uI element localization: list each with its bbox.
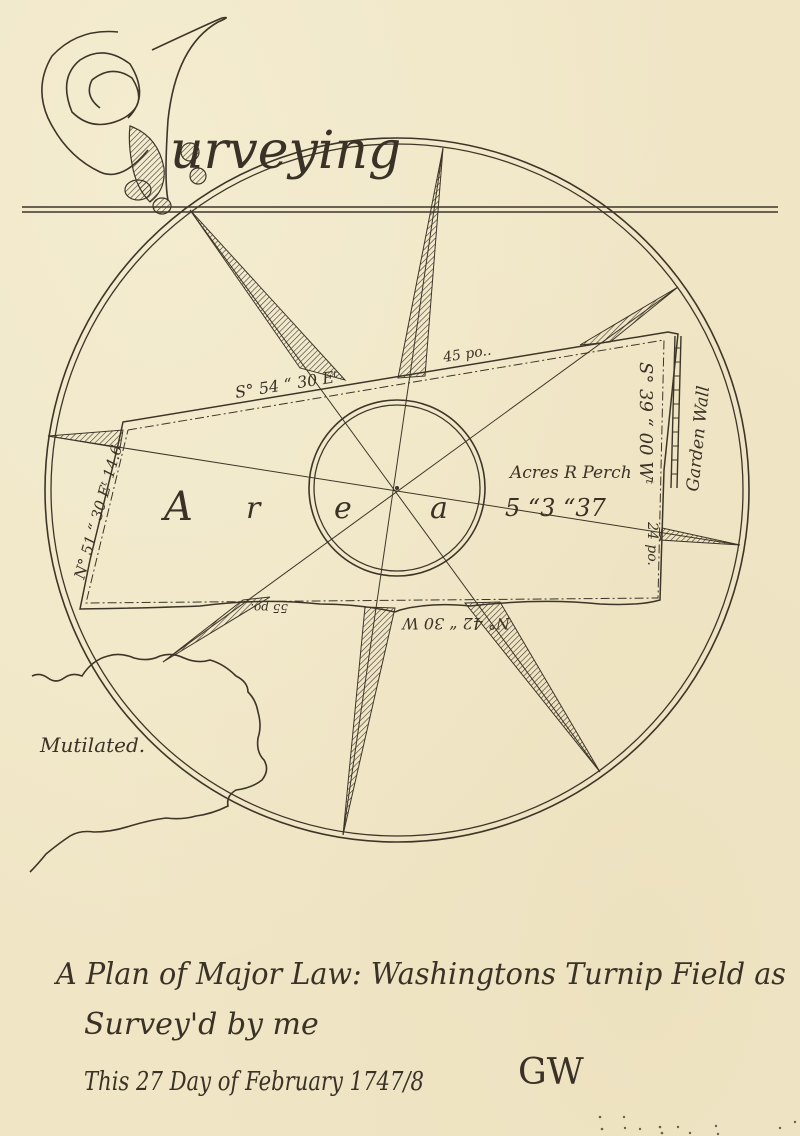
caption-line-2: Survey'd by me — [84, 1007, 319, 1042]
south-bearing-label: N° 42 “ 30 W — [401, 614, 511, 633]
south-length-label: 55 po. — [250, 601, 288, 615]
acreage-value: 5 “3 “37 — [505, 494, 607, 522]
title-flourish — [42, 18, 226, 215]
area-letter-r: r — [246, 491, 262, 526]
survey-drawing: urveying S° 54 “ 30 Eᵗ 45 po.. S° 39 “ 0… — [0, 0, 800, 1136]
north-bearing-label: S° 54 “ 30 Eᵗ — [234, 367, 340, 402]
compass-inner-ring — [309, 400, 485, 576]
manuscript-page: urveying S° 54 “ 30 Eᵗ 45 po.. S° 39 “ 0… — [0, 0, 800, 1136]
acreage-label: Acres R Perch — [508, 463, 632, 483]
title-rule — [22, 207, 778, 212]
compass-rose-rays — [48, 148, 740, 835]
signature: GW — [518, 1052, 584, 1093]
area-letter-a2: a — [430, 491, 448, 526]
paper-specks — [599, 1116, 797, 1136]
west-bearing-label: N° 51 “ 30 Eᵗ 14.6 — [70, 443, 126, 582]
torn-edge — [30, 654, 267, 872]
caption-line-1: A Plan of Major Law: Washingtons Turnip … — [53, 957, 786, 992]
caption-line-3: This 27 Day of February 1747/8 — [84, 1067, 424, 1097]
area-letter-a: A — [160, 484, 193, 530]
compass-center-lines — [48, 148, 740, 835]
garden-wall-label: Garden Wall — [683, 385, 714, 493]
mutilated-label: Mutilated. — [39, 733, 145, 757]
east-length-label: 24 po. — [644, 521, 660, 566]
east-bearing-label: S° 39 “ 00 Wᵗ — [635, 362, 656, 485]
area-letter-e: e — [334, 491, 352, 526]
title-text: urveying — [170, 121, 401, 181]
